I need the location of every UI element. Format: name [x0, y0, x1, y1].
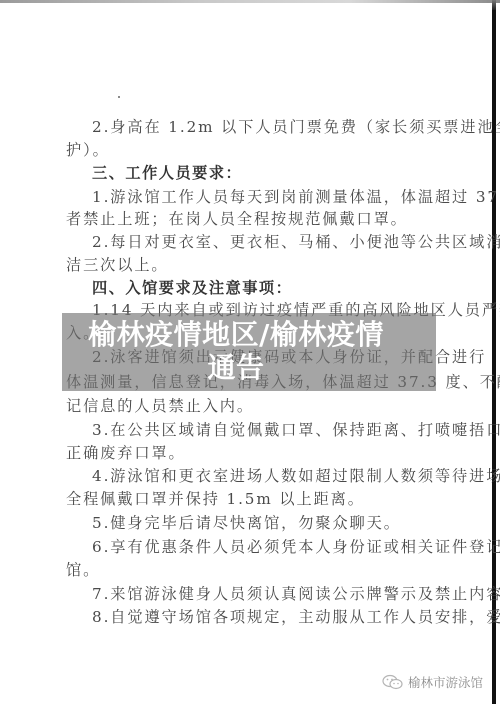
- scan-speck: [118, 96, 120, 98]
- doc-line: 2.身高在 1.2m 以下人员门票免费（家长须买票进池全程监: [92, 117, 472, 137]
- doc-line: 2.每日对更衣室、更衣柜、马桶、小便池等公共区域消毒清: [92, 232, 472, 252]
- doc-line: 记信息的人员禁止入内。: [66, 396, 446, 416]
- doc-line: 洁三次以上。: [66, 255, 446, 275]
- doc-line: 8.自觉遵守场馆各项规定，主动服从工作人员安排，爱护: [92, 607, 472, 627]
- section-heading: 三、工作人员要求：: [92, 163, 472, 183]
- overlay-title: 榆林疫情地区/榆林疫情通告: [76, 318, 396, 384]
- source-watermark: 榆林市游泳馆: [382, 672, 483, 692]
- doc-line: 6.享有优惠条件人员必须凭本人身份证或相关证件登记入: [92, 537, 472, 557]
- section-heading: 四、入馆要求及注意事项：: [92, 278, 472, 298]
- doc-line: 护）。: [66, 140, 446, 160]
- doc-line: 1.游泳馆工作人员每天到岗前测量体温，体温超过 37.3 度: [92, 187, 472, 207]
- doc-line: 馆。: [66, 560, 446, 580]
- watermark-text: 榆林市游泳馆: [408, 673, 483, 691]
- doc-line: 正确废弃口罩。: [66, 443, 446, 463]
- doc-line: 全程佩戴口罩并保持 1.5m 以上距离。: [66, 489, 446, 509]
- doc-line: 7.来馆游泳健身人员须认真阅读公示牌警示及禁止内容。: [92, 584, 472, 604]
- doc-line: 3.在公共区域请自觉佩戴口罩、保持距离、打喷嚏捂口鼻、: [92, 420, 472, 440]
- doc-line: 5.健身完毕后请尽快离馆，勿聚众聊天。: [92, 513, 472, 533]
- document-page: 2.身高在 1.2m 以下人员门票免费（家长须买票进池全程监 护）。 三、工作人…: [0, 0, 496, 704]
- page-top-edge: [0, 0, 500, 3]
- doc-line: 者禁止上班；在岗人员全程按规范佩戴口罩。: [66, 209, 446, 229]
- doc-line: 4.游泳馆和更衣室进场人数如超过限制人数须等待进场、: [92, 466, 472, 486]
- wechat-icon: [382, 674, 404, 690]
